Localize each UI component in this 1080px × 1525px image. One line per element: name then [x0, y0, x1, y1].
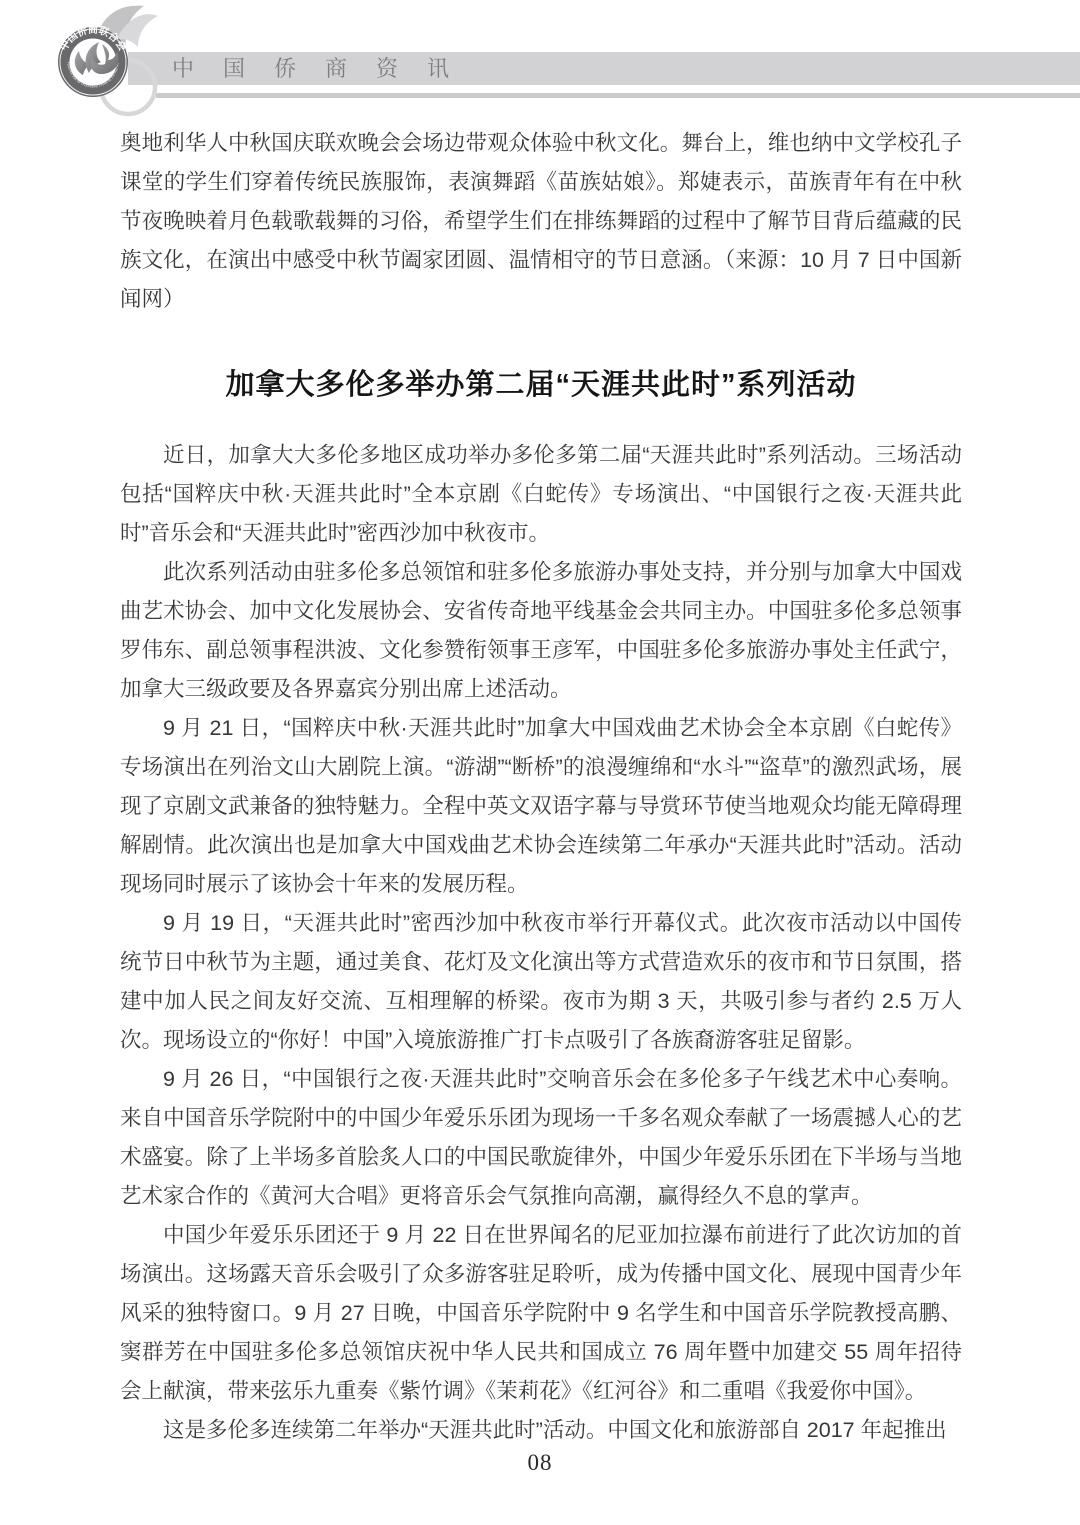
page-number: 08 [0, 1450, 1080, 1476]
cfoce-seal-logo-icon: 中国侨商联合会 CHINA FEDERATION OF OVERSEAS CHI… [45, 0, 205, 135]
article-paragraph: 9 月 26 日，“中国银行之夜·天涯共此时”交响音乐会在多伦多子午线艺术中心奏… [120, 1060, 962, 1216]
header-rule [156, 93, 1080, 98]
newsletter-masthead-title: 中国侨商资讯 [172, 52, 478, 85]
article-body: 奥地利华人中秋国庆联欢晚会会场边带观众体验中秋文化。舞台上，维也纳中文学校孔子课… [120, 124, 962, 1450]
article-paragraph: 这是多伦多连续第二年举办“天涯共此时”活动。中国文化和旅游部自 2017 年起推… [120, 1411, 962, 1450]
article-paragraph: 9 月 19 日，“天涯共此时”密西沙加中秋夜市举行开幕仪式。此次夜市活动以中国… [120, 904, 962, 1060]
article-paragraph: 9 月 21 日，“国粹庆中秋·天涯共此时”加拿大中国戏曲艺术协会全本京剧《白蛇… [120, 709, 962, 904]
article-paragraph: 近日，加拿大大多伦多地区成功举办多伦多第二届“天涯共此时”系列活动。三场活动包括… [120, 436, 962, 553]
lead-paragraph: 奥地利华人中秋国庆联欢晚会会场边带观众体验中秋文化。舞台上，维也纳中文学校孔子课… [120, 124, 962, 319]
article-paragraph: 此次系列活动由驻多伦多总领馆和驻多伦多旅游办事处支持，并分别与加拿大中国戏曲艺术… [120, 553, 962, 709]
article-title: 加拿大多伦多举办第二届“天涯共此时”系列活动 [120, 365, 962, 406]
article-paragraph: 中国少年爱乐乐团还于 9 月 22 日在世界闻名的尼亚加拉瀑布前进行了此次访加的… [120, 1216, 962, 1411]
document-page: 中国侨商资讯 中国侨商联合会 CHINA FEDERATION OF OVERS… [0, 0, 1080, 1525]
